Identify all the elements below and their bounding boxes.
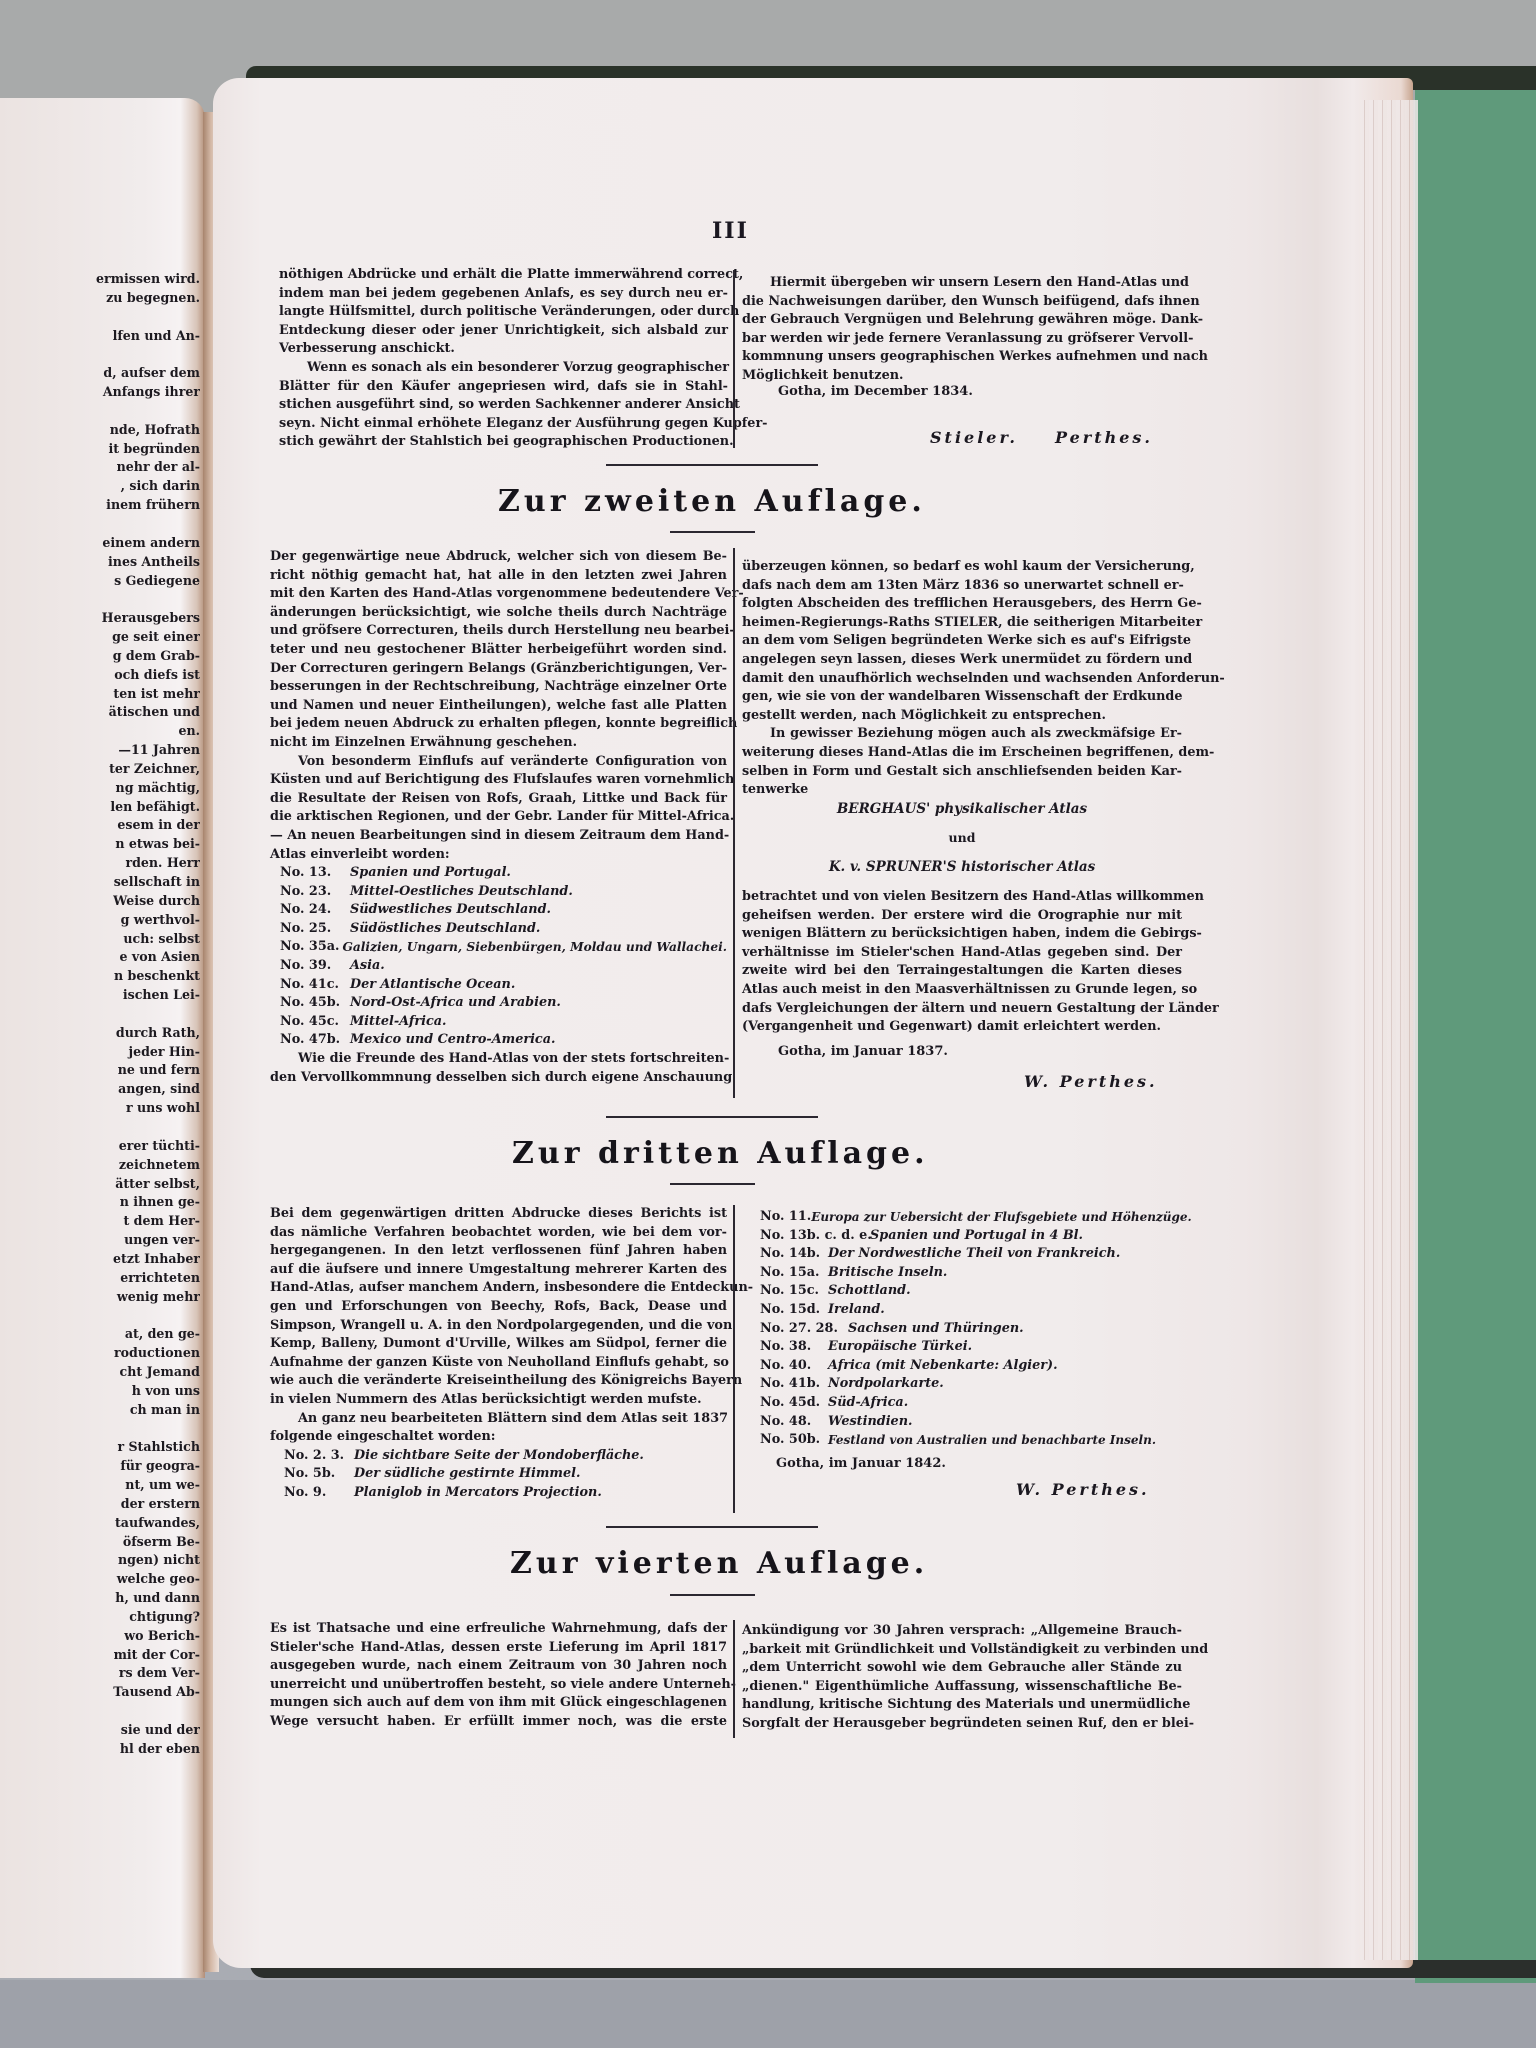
text-line: Blätter für den Käufer angepriesen wird,… [279,378,728,397]
left-page-text-line: uch: selbst [0,930,200,949]
text-line: die arktischen Regionen, und der Gebr. L… [270,808,727,827]
map-item: No. 9.Planiglob in Mercators Projection. [284,1484,727,1503]
fourth-edition-left-column: Es ist Thatsache und eine erfreuliche Wa… [270,1620,727,1732]
left-page-text-line: nde, Hofrath [0,421,200,440]
heading-zweite-auflage: Zur zweiten Auflage. [498,484,926,519]
berghaus-atlas-title: BERGHAUS' physikalischer Atlas [742,801,1182,817]
text-line: Atlas einverleibt worden: [270,846,727,865]
second-edition-left-column: Der gegenwärtige neue Abdruck, welcher s… [270,548,727,1087]
map-item: No. 5b.Der südliche gestirnte Himmel. [284,1465,727,1484]
section-rule-bottom [670,1594,755,1596]
left-page-text-line: en. [0,722,200,741]
map-item: No. 15c.Schottland. [760,1282,1180,1301]
text-line: handlung, kritische Sichtung des Materia… [742,1696,1182,1715]
map-item: No. 27. 28.Sachsen und Thüringen. [760,1320,1180,1339]
map-item: No. 45d.Süd-Africa. [760,1394,1180,1413]
left-page-text-line: it begründen [0,440,200,459]
map-item: No. 40.Africa (mit Nebenkarte: Algier). [760,1357,1180,1376]
left-page-text-line: och diefs ist [0,666,200,685]
map-item: No. 50b.Festland von Australien und bena… [760,1431,1180,1450]
text-line: der Gebrauch Vergnügen und Belehrung gew… [742,311,1182,330]
text-line: folgende eingeschaltet worden: [270,1428,727,1447]
text-line: Wie die Freunde des Hand-Atlas von der s… [270,1050,727,1069]
map-list-third-edition-right: No. 11.Europa zur Uebersicht der Flufsge… [760,1208,1180,1450]
text-line: dafs nach dem am 13ten März 1836 so uner… [742,577,1182,596]
text-line: „dienen." Eigenthümliche Auffassung, wis… [742,1678,1182,1697]
map-item: No. 15d.Ireland. [760,1301,1180,1320]
map-item: No. 41c.Der Atlantische Ocean. [280,976,727,995]
second-edition-right-column: überzeugen können, so bedarf es wohl kau… [742,558,1182,800]
text-line: indem man bei jedem gegebenen Anlafs, es… [279,285,728,304]
page-number: III [712,218,749,244]
left-page-text-line: ermissen wird. [0,270,200,289]
map-item: No. 25.Südöstliches Deutschland. [280,920,727,939]
left-page-text-line: —11 Jahren [0,741,200,760]
map-item: No. 2. 3.Die sichtbare Seite der Mondobe… [284,1447,727,1466]
text-line: den Vervollkommnung desselben sich durch… [270,1069,727,1088]
map-item: No. 11.Europa zur Uebersicht der Flufsge… [760,1208,1180,1227]
text-line: überzeugen können, so bedarf es wohl kau… [742,558,1182,577]
left-page-text-line: roductionen [0,1344,200,1363]
left-page-text-line: esem in der [0,816,200,835]
map-item: No. 47b.Mexico und Centro-America. [280,1031,727,1050]
column-divider [733,270,735,448]
left-page-text-line: r Stahlstich [0,1438,200,1457]
section-rule-top [606,1526,818,1528]
column-divider [733,548,735,1098]
text-line: die Resultate der Reisen von Rofs, Graah… [270,790,727,809]
left-page-text-line: etzt Inhaber [0,1250,200,1269]
text-line: änderungen berücksichtigt, wie solche th… [270,604,727,623]
left-page-text-line: cht Jemand [0,1363,200,1382]
text-line: stich gewährt der Stahlstich bei geograp… [279,433,728,452]
text-line: gestellt werden, nach Möglichkeit zu ent… [742,707,1182,726]
text-line: unerreicht und unübertroffen besteht, so… [270,1676,727,1695]
left-page-blank-line [0,308,200,327]
left-page-text-line: ätter selbst, [0,1175,200,1194]
text-line: nöthigen Abdrücke und erhält die Platte … [279,266,728,285]
heading-vierte-auflage: Zur vierten Auflage. [510,1546,928,1581]
text-line: Simpson, Wrangell u. A. in den Nordpolar… [270,1317,727,1336]
left-page-text-line: nehr der al- [0,458,200,477]
text-line: mungen sich auch auf dem von ihm mit Glü… [270,1694,727,1713]
text-line: betrachtet und von vielen Besitzern des … [742,888,1182,907]
left-page-text-line: e von Asien [0,948,200,967]
column-divider [733,1620,735,1738]
left-page-text-line: zu begegnen. [0,289,200,308]
left-page-text-line: ngen) nicht [0,1551,200,1570]
text-line: — An neuen Bearbeitungen sind in diesem … [270,827,727,846]
left-page-text-line: mit der Cor- [0,1646,200,1665]
left-page-text-line: jeder Hin- [0,1043,200,1062]
text-line: Sorgfalt der Herausgeber begründeten sei… [742,1715,1182,1734]
left-page-text-line: s Gediegene [0,572,200,591]
column-divider [733,1205,735,1513]
text-line: selben in Form und Gestalt sich anschlie… [742,763,1182,782]
map-list-third-edition-left: No. 2. 3.Die sichtbare Seite der Mondobe… [270,1447,727,1503]
text-line: An ganz neu bearbeiteten Blättern sind d… [270,1410,727,1429]
text-line: weiterung dieses Hand-Atlas die im Ersch… [742,744,1182,763]
left-page-text-line: ng mächtig, [0,779,200,798]
section-rule-bottom [670,1183,755,1185]
left-page-text-line: hl der eben [0,1740,200,1759]
text-line: in vielen Nummern des Atlas berücksichti… [270,1391,727,1410]
text-line: Kemp, Balleny, Dumont d'Urville, Wilkes … [270,1335,727,1354]
text-line: bei jedem neuen Abdruck zu erhalten pfle… [270,715,727,734]
text-line: Aufnahme der ganzen Küste von Neuholland… [270,1354,727,1373]
text-line: folgten Abscheiden des trefflichen Herau… [742,595,1182,614]
left-page-text-line: rden. Herr [0,854,200,873]
left-page-text-line: chtigung? [0,1608,200,1627]
text-line: besserungen in der Rechtschreibung, Nach… [270,678,727,697]
left-page-text-line: Weise durch [0,892,200,911]
left-page-text-line: der erstern [0,1495,200,1514]
left-page-text-line: ge seit einer [0,628,200,647]
text-line: Möglichkeit benutzen. [742,367,1182,386]
left-page-text-line: len befähigt. [0,798,200,817]
left-page-text-line: angen, sind [0,1080,200,1099]
text-line: dafs Vergleichungen der ältern und neuer… [742,1000,1182,1019]
left-page-text-line: g werthvol- [0,911,200,930]
map-item: No. 45b.Nord-Ost-Africa und Arabien. [280,994,727,1013]
text-line: und gröfsere Correcturen, theils durch H… [270,622,727,641]
left-page-text-line: ter Zeichner, [0,760,200,779]
map-item: No. 15a.Britische Inseln. [760,1264,1180,1283]
text-line: Wenn es sonach als ein besonderer Vorzug… [279,359,728,378]
left-page-blank-line [0,590,200,609]
map-item: No. 39.Asia. [280,957,727,976]
text-line: Der Correcturen geringern Belangs (Gränz… [270,660,727,679]
left-page-text-line: h von uns [0,1382,200,1401]
text-line: „barkeit mit Gründlichkeit und Vollständ… [742,1641,1182,1660]
left-page-blank-line [0,345,200,364]
intro-right-column: Hiermit übergeben wir unsern Lesern den … [742,274,1182,386]
intro-left-column: nöthigen Abdrücke und erhält die Platte … [279,266,728,452]
left-page-text-line: at, den ge- [0,1325,200,1344]
left-page-text-line: n etwas bei- [0,835,200,854]
map-item: No. 41b.Nordpolarkarte. [760,1375,1180,1394]
green-cover-board [1415,88,1536,1983]
left-page-text-line: errichteten [0,1269,200,1288]
map-item: No. 13.Spanien und Portugal. [280,864,727,883]
left-page-text-line: r uns wohl [0,1099,200,1118]
heading-dritte-auflage: Zur dritten Auflage. [512,1136,929,1171]
signature-stieler: Stieler. [930,428,1018,447]
left-page-text-line: sellschaft in [0,873,200,892]
fourth-edition-right-column: Ankündigung vor 30 Jahren versprach: „Al… [742,1622,1182,1734]
left-page-text-line: ne und fern [0,1061,200,1080]
text-line: In gewisser Beziehung mögen auch als zwe… [742,725,1182,744]
text-line: und Namen und neuer Eintheilungen), welc… [270,697,727,716]
left-page-text-line: einem andern [0,534,200,553]
map-item: No. 48.Westindien. [760,1413,1180,1432]
spruner-atlas-title: K. v. SPRUNER'S historischer Atlas [742,859,1182,875]
left-page-text-line: Anfangs ihrer [0,383,200,402]
text-line: Von besonderm Einflufs auf veränderte Co… [270,753,727,772]
left-page-blank-line [0,1118,200,1137]
text-line: Wege versucht haben. Er erfüllt immer no… [270,1713,727,1732]
and-word: und [742,830,1182,845]
left-page-text-line: h, und dann [0,1589,200,1608]
text-line: gen und Erforschungen von Beechy, Rofs, … [270,1298,727,1317]
text-line: Hiermit übergeben wir unsern Lesern den … [742,274,1182,293]
text-line: das nämliche Verfahren beobachtet worden… [270,1224,727,1243]
map-item: No. 13b. c. d. e.Spanien und Portugal in… [760,1227,1180,1246]
text-line: kommnung unsers geographischen Werkes au… [742,348,1182,367]
section-rule-top [606,1116,818,1118]
left-page-text-line: n ihnen ge- [0,1193,200,1212]
left-page-text-line: lfen und An- [0,327,200,346]
text-line: bar werden wir jede fernere Veranlassung… [742,330,1182,349]
left-page-text-line: Herausgebers [0,609,200,628]
left-page-blank-line [0,1005,200,1024]
left-page-blank-line [0,1306,200,1325]
left-page-text-line: taufwandes, [0,1514,200,1533]
map-item: No. 14b.Der Nordwestliche Theil von Fran… [760,1245,1180,1264]
text-line: hergegangenen. In den letzt verflossenen… [270,1242,727,1261]
left-page-text-line: nt, um we- [0,1476,200,1495]
left-page-text-line: ischen Lei- [0,986,200,1005]
section-rule-top [606,464,818,466]
text-line: Stieler'sche Hand-Atlas, dessen erste Li… [270,1639,727,1658]
map-item: No. 38.Europäische Türkei. [760,1338,1180,1357]
text-line: seyn. Nicht einmal erhöhete Eleganz der … [279,415,728,434]
left-page-text-line: t dem Her- [0,1212,200,1231]
text-line: an dem vom Seligen begründeten Werke sic… [742,632,1182,651]
text-line: richt nöthig gemacht hat, hat alle in de… [270,567,727,586]
text-line: wie auch die veränderte Kreiseintheilung… [270,1372,727,1391]
left-page-text-line: ch man in [0,1401,200,1420]
left-page-blank-line [0,402,200,421]
text-line: verhältnisse im Stieler'schen Hand-Atlas… [742,944,1182,963]
text-line: die Nachweisungen darüber, den Wunsch be… [742,293,1182,312]
date-line: Gotha, im December 1834. [778,384,973,399]
left-page-text-line: ten ist mehr [0,685,200,704]
left-page-text-line: n beschenkt [0,967,200,986]
left-page-text-line: ungen ver- [0,1231,200,1250]
text-line: stichen ausgeführt sind, so werden Sachk… [279,396,728,415]
section-rule-bottom [670,531,755,533]
signature-perthes: Perthes. [1055,428,1153,447]
text-line: langte Hülfsmittel, durch politische Ver… [279,303,728,322]
text-line: Verbesserung anschickt. [279,340,728,359]
left-page-text-line: g dem Grab- [0,647,200,666]
map-item: No. 45c.Mittel-Africa. [280,1013,727,1032]
left-page-text-line: inem frühern [0,496,200,515]
left-page-text-line: d, aufser dem [0,364,200,383]
text-line: „dem Unterricht sowohl wie dem Gebrauche… [742,1659,1182,1678]
text-line: damit den unaufhörlich wechselnden und w… [742,670,1182,689]
text-line: heimen-Regierungs-Raths STIELER, die sei… [742,614,1182,633]
left-page-text-line: sie und der [0,1721,200,1740]
text-line: Ankündigung vor 30 Jahren versprach: „Al… [742,1622,1182,1641]
text-line: zweite wird bei den Terraingestaltungen … [742,962,1182,981]
left-page-text-line: für geogra- [0,1457,200,1476]
text-line: Bei dem gegenwärtigen dritten Abdrucke d… [270,1205,727,1224]
text-line: wenigen Blättern zu berücksichtigen habe… [742,925,1182,944]
text-line: tenwerke [742,781,1182,800]
text-line: nicht im Einzelnen Erwähnung geschehen. [270,734,727,753]
text-line: (Vergangenheit und Gegenwart) damit erle… [742,1018,1182,1037]
text-line: teter und neu gestochener Blätter herbei… [270,641,727,660]
left-page-blank-line [0,515,200,534]
left-page-text-line: erer tüchti- [0,1137,200,1156]
left-page-text-line: durch Rath, [0,1024,200,1043]
text-line: Küsten und auf Berichtigung des Flufslau… [270,771,727,790]
map-item: No. 24.Südwestliches Deutschland. [280,901,727,920]
left-page-blank-line [0,1419,200,1438]
text-line: Entdeckung dieser oder jener Unrichtigke… [279,322,728,341]
left-page-text-fragment: ermissen wird.zu begegnen.lfen und An-d,… [0,270,200,1759]
date-line: Gotha, im Januar 1837. [778,1044,948,1059]
background-surface-bottom [0,1980,1536,2048]
left-page-text-line: öfserm Be- [0,1533,200,1552]
left-page-text-line: ätischen und [0,703,200,722]
text-line: Der gegenwärtige neue Abdruck, welcher s… [270,548,727,567]
third-edition-left-column: Bei dem gegenwärtigen dritten Abdrucke d… [270,1205,727,1503]
left-page-text-line: , sich darin [0,477,200,496]
date-line: Gotha, im Januar 1842. [776,1456,946,1471]
text-line: auf die äufsere und innere Umgestaltung … [270,1261,727,1280]
map-item: No. 35a.Galizien, Ungarn, Siebenbürgen, … [280,938,727,957]
text-line: Hand-Atlas, aufser manchem Andern, insbe… [270,1279,727,1298]
page-edges [1360,100,1418,1960]
text-line: ausgegeben wurde, nach einem Zeitraum vo… [270,1657,727,1676]
text-line: mit den Karten des Hand-Atlas vorgenomme… [270,585,727,604]
left-page-text-line: welche geo- [0,1570,200,1589]
second-edition-right-closing: betrachtet und von vielen Besitzern des … [742,888,1182,1037]
left-page-text-line: Tausend Ab- [0,1683,200,1702]
left-page-text-line: rs dem Ver- [0,1664,200,1683]
text-line: geheifsen werden. Der erstere wird die O… [742,907,1182,926]
text-line: Atlas auch meist in den Maasverhältnisse… [742,981,1182,1000]
map-list-second-edition: No. 13.Spanien und Portugal. No. 23.Mitt… [270,864,727,1050]
left-page-text-line: wo Berich- [0,1627,200,1646]
signature-w-perthes: W. Perthes. [1016,1480,1150,1499]
left-page-blank-line [0,1702,200,1721]
text-line: Es ist Thatsache und eine erfreuliche Wa… [270,1620,727,1639]
map-item: No. 23.Mittel-Oestliches Deutschland. [280,883,727,902]
left-page-text-line: ines Antheils [0,553,200,572]
text-line: angelegen seyn lassen, dieses Werk unerm… [742,651,1182,670]
signature-w-perthes: W. Perthes. [1024,1072,1158,1091]
left-page-text-line: wenig mehr [0,1288,200,1307]
text-line: gen, wie sie von der wandelbaren Wissens… [742,688,1182,707]
left-page-text-line: zeichnetem [0,1156,200,1175]
